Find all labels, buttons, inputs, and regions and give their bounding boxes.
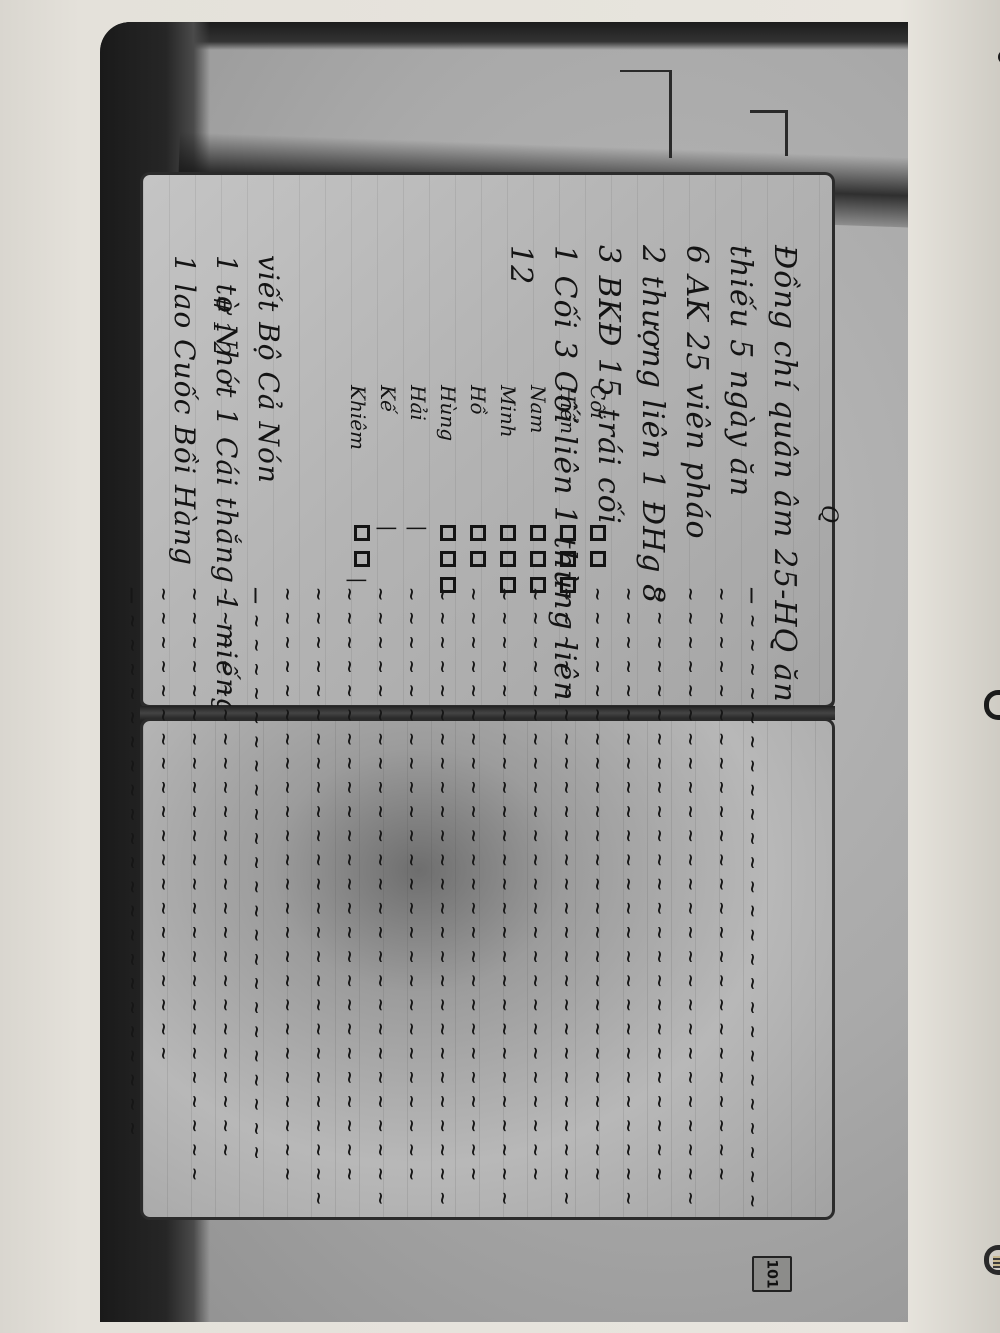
crop-corner-mark — [620, 70, 672, 158]
tally-name: Cối — [586, 385, 610, 525]
tally-name: Kế — [376, 385, 400, 525]
handwriting-line: ~ ~ ~ ~ ~ ~ ~ ~ ~ ~ ~ ~ ~ ~ ~ ~ ~ ~ ~ ~ … — [648, 587, 679, 1210]
binder-ring-icon — [984, 690, 1000, 720]
tally-name: Hồ — [466, 385, 490, 525]
handwriting-line: — ~ ~ ~ ~ ~ ~ ~ ~ ~ ~ ~ ~ ~ ~ ~ ~ ~ ~ ~ … — [741, 587, 772, 1210]
page-number: 101 — [764, 1259, 780, 1288]
handwriting-line: ~ ~ ~ ~ ~ ~ ~ ~ ~ ~ ~ ~ ~ ~ ~ ~ ~ ~ ~ ~ … — [431, 587, 462, 1210]
tally-name: Nam — [526, 385, 550, 525]
handwriting-line: ~ ~ ~ ~ ~ ~ ~ ~ ~ ~ ~ ~ ~ ~ ~ ~ ~ ~ ~ ~ … — [276, 587, 307, 1210]
handwriting-line: — ~ ~ ~ ~ ~ ~ ~ ~ ~ ~ ~ ~ ~ ~ ~ ~ ~ ~ ~ … — [245, 587, 276, 1210]
handwriting-line: ~ ~ ~ ~ ~ ~ ~ ~ ~ ~ ~ ~ ~ ~ ~ ~ ~ ~ ~ ~ … — [369, 587, 400, 1210]
tally-name: Hùng — [436, 385, 460, 525]
page-number-stamp: 101 — [752, 1256, 792, 1292]
handwriting-line: ~ ~ ~ ~ ~ ~ ~ ~ ~ ~ ~ ~ ~ ~ ~ ~ ~ ~ ~ ~ … — [524, 587, 555, 1210]
binder-ring-icon — [984, 1245, 1000, 1275]
handwriting-line: — ~ ~ ~ ~ ~ ~ ~ ~ ~ ~ ~ ~ ~ ~ ~ ~ ~ ~ ~ … — [121, 587, 152, 1210]
margin-marks: # 1 2 — [208, 295, 233, 355]
crop-corner-mark — [750, 110, 788, 156]
handwriting-line: ~ ~ ~ ~ ~ ~ ~ ~ ~ ~ ~ ~ ~ ~ ~ ~ ~ ~ ~ ~ … — [214, 587, 245, 1210]
printed-photograph: Q Đồng chí quân âm 25-HQ ăn thắng thiếu … — [100, 22, 908, 1322]
dark-top-edge — [100, 22, 908, 50]
handwriting-line: ~ ~ ~ ~ ~ ~ ~ ~ ~ ~ ~ ~ ~ ~ ~ ~ ~ ~ ~ ~ — [152, 587, 183, 1210]
tally-name: Khiêm — [346, 385, 370, 525]
tally-name: Minh — [496, 385, 520, 525]
handwriting-line: ~ ~ ~ ~ ~ ~ ~ ~ ~ ~ ~ ~ ~ ~ ~ ~ ~ ~ ~ ~ … — [338, 587, 369, 1210]
handwriting-line: ~ ~ ~ ~ ~ ~ ~ ~ ~ ~ ~ ~ ~ ~ ~ ~ ~ ~ ~ ~ … — [586, 587, 617, 1210]
handwriting-line: ~ ~ ~ ~ ~ ~ ~ ~ ~ ~ ~ ~ ~ ~ ~ ~ ~ ~ ~ ~ … — [400, 587, 431, 1210]
handwriting-line: ~ ~ ~ ~ ~ ~ ~ ~ ~ ~ ~ ~ ~ ~ ~ ~ ~ ~ ~ ~ … — [617, 587, 648, 1210]
handwriting-line: ~ ~ ~ ~ ~ ~ ~ ~ ~ ~ ~ ~ ~ ~ ~ ~ ~ ~ ~ ~ … — [555, 587, 586, 1210]
handwriting-line: ~ ~ ~ ~ ~ ~ ~ ~ ~ ~ ~ ~ ~ ~ ~ ~ ~ ~ ~ ~ … — [183, 587, 214, 1210]
tally-name: Hiển — [556, 385, 580, 525]
handwriting-line: ~ ~ ~ ~ ~ ~ ~ ~ ~ ~ ~ ~ ~ ~ ~ ~ ~ ~ ~ ~ … — [493, 587, 524, 1210]
tally-name: Hải — [406, 385, 430, 525]
lower-page-handwriting: — ~ ~ ~ ~ ~ ~ ~ ~ ~ ~ ~ ~ ~ ~ ~ ~ ~ ~ ~ … — [121, 587, 772, 1210]
handwriting-line: ~ ~ ~ ~ ~ ~ ~ ~ ~ ~ ~ ~ ~ ~ ~ ~ ~ ~ ~ ~ … — [462, 587, 493, 1210]
handwriting-line: ~ ~ ~ ~ ~ ~ ~ ~ ~ ~ ~ ~ ~ ~ ~ ~ ~ ~ ~ ~ … — [710, 587, 741, 1210]
handwriting-line: ~ ~ ~ ~ ~ ~ ~ ~ ~ ~ ~ ~ ~ ~ ~ ~ ~ ~ ~ ~ … — [679, 587, 710, 1210]
handwriting-line: ~ ~ ~ ~ ~ ~ ~ ~ ~ ~ ~ ~ ~ ~ ~ ~ ~ ~ ~ ~ … — [307, 587, 338, 1210]
